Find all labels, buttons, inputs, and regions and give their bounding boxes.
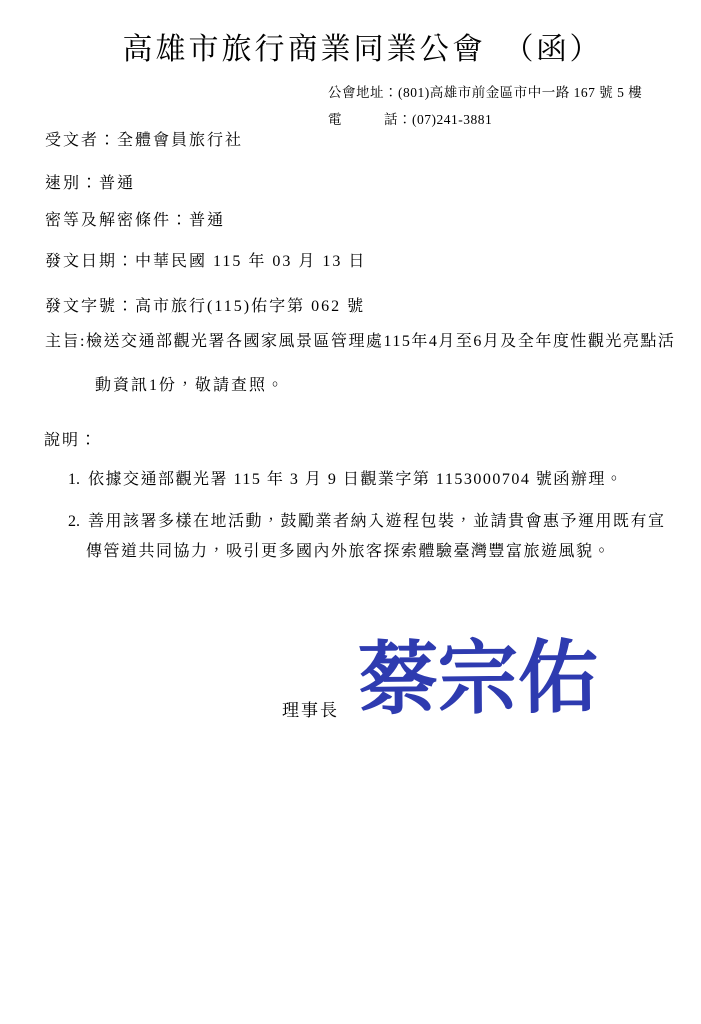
signature-role-label: 理事長 <box>282 696 339 721</box>
explanation-item-2: 2.善用該署多樣在地活動，鼓勵業者納入遊程包裝，並請貴會惠予運用既有宣 <box>68 508 666 531</box>
explanation-item-2-number: 2. <box>68 513 80 531</box>
explanation-item-1-number: 1. <box>68 471 80 489</box>
field-issue-date: 發文日期：中華民國 115 年 03 月 13 日 <box>45 248 366 271</box>
explanation-heading: 說明： <box>44 427 98 450</box>
field-recipient: 受文者：全體會員旅行社 <box>45 127 243 150</box>
contact-phone-line: 電 話：(07)241-3881 <box>328 106 642 133</box>
signature-name-handwritten: 蔡宗佑 <box>358 629 599 731</box>
contact-block: 公會地址：(801)高雄市前金區市中一路 167 號 5 樓 電 話：(07)2… <box>328 79 642 133</box>
field-speed-class: 速別：普通 <box>45 170 135 193</box>
explanation-item-2-text-line-2: 傳管道共同協力，吸引更多國內外旅客探索體驗臺灣豐富旅遊風貌。 <box>86 538 611 561</box>
subject-line-1: 主旨:檢送交通部觀光署各國家風景區管理處115年4月至6月及全年度性觀光亮點活 <box>45 328 675 351</box>
explanation-item-2-text-line-1: 善用該署多樣在地活動，鼓勵業者納入遊程包裝，並請貴會惠予運用既有宣 <box>88 513 666 530</box>
subject-line-2: 動資訊1份，敬請查照。 <box>95 372 285 395</box>
explanation-item-1: 1.依據交通部觀光署 115 年 3 月 9 日觀業字第 1153000704 … <box>68 466 623 489</box>
letter-title: 高雄市旅行商業同業公會 （函） <box>24 24 701 68</box>
contact-address-line: 公會地址：(801)高雄市前金區市中一路 167 號 5 樓 <box>328 79 642 106</box>
official-letter-page: 高雄市旅行商業同業公會 （函） 公會地址：(801)高雄市前金區市中一路 167… <box>0 0 701 1024</box>
field-reference-number: 發文字號：高市旅行(115)佑字第 062 號 <box>45 293 365 316</box>
explanation-item-1-text: 依據交通部觀光署 115 年 3 月 9 日觀業字第 1153000704 號函… <box>88 471 623 488</box>
field-security-class: 密等及解密條件：普通 <box>45 207 225 230</box>
